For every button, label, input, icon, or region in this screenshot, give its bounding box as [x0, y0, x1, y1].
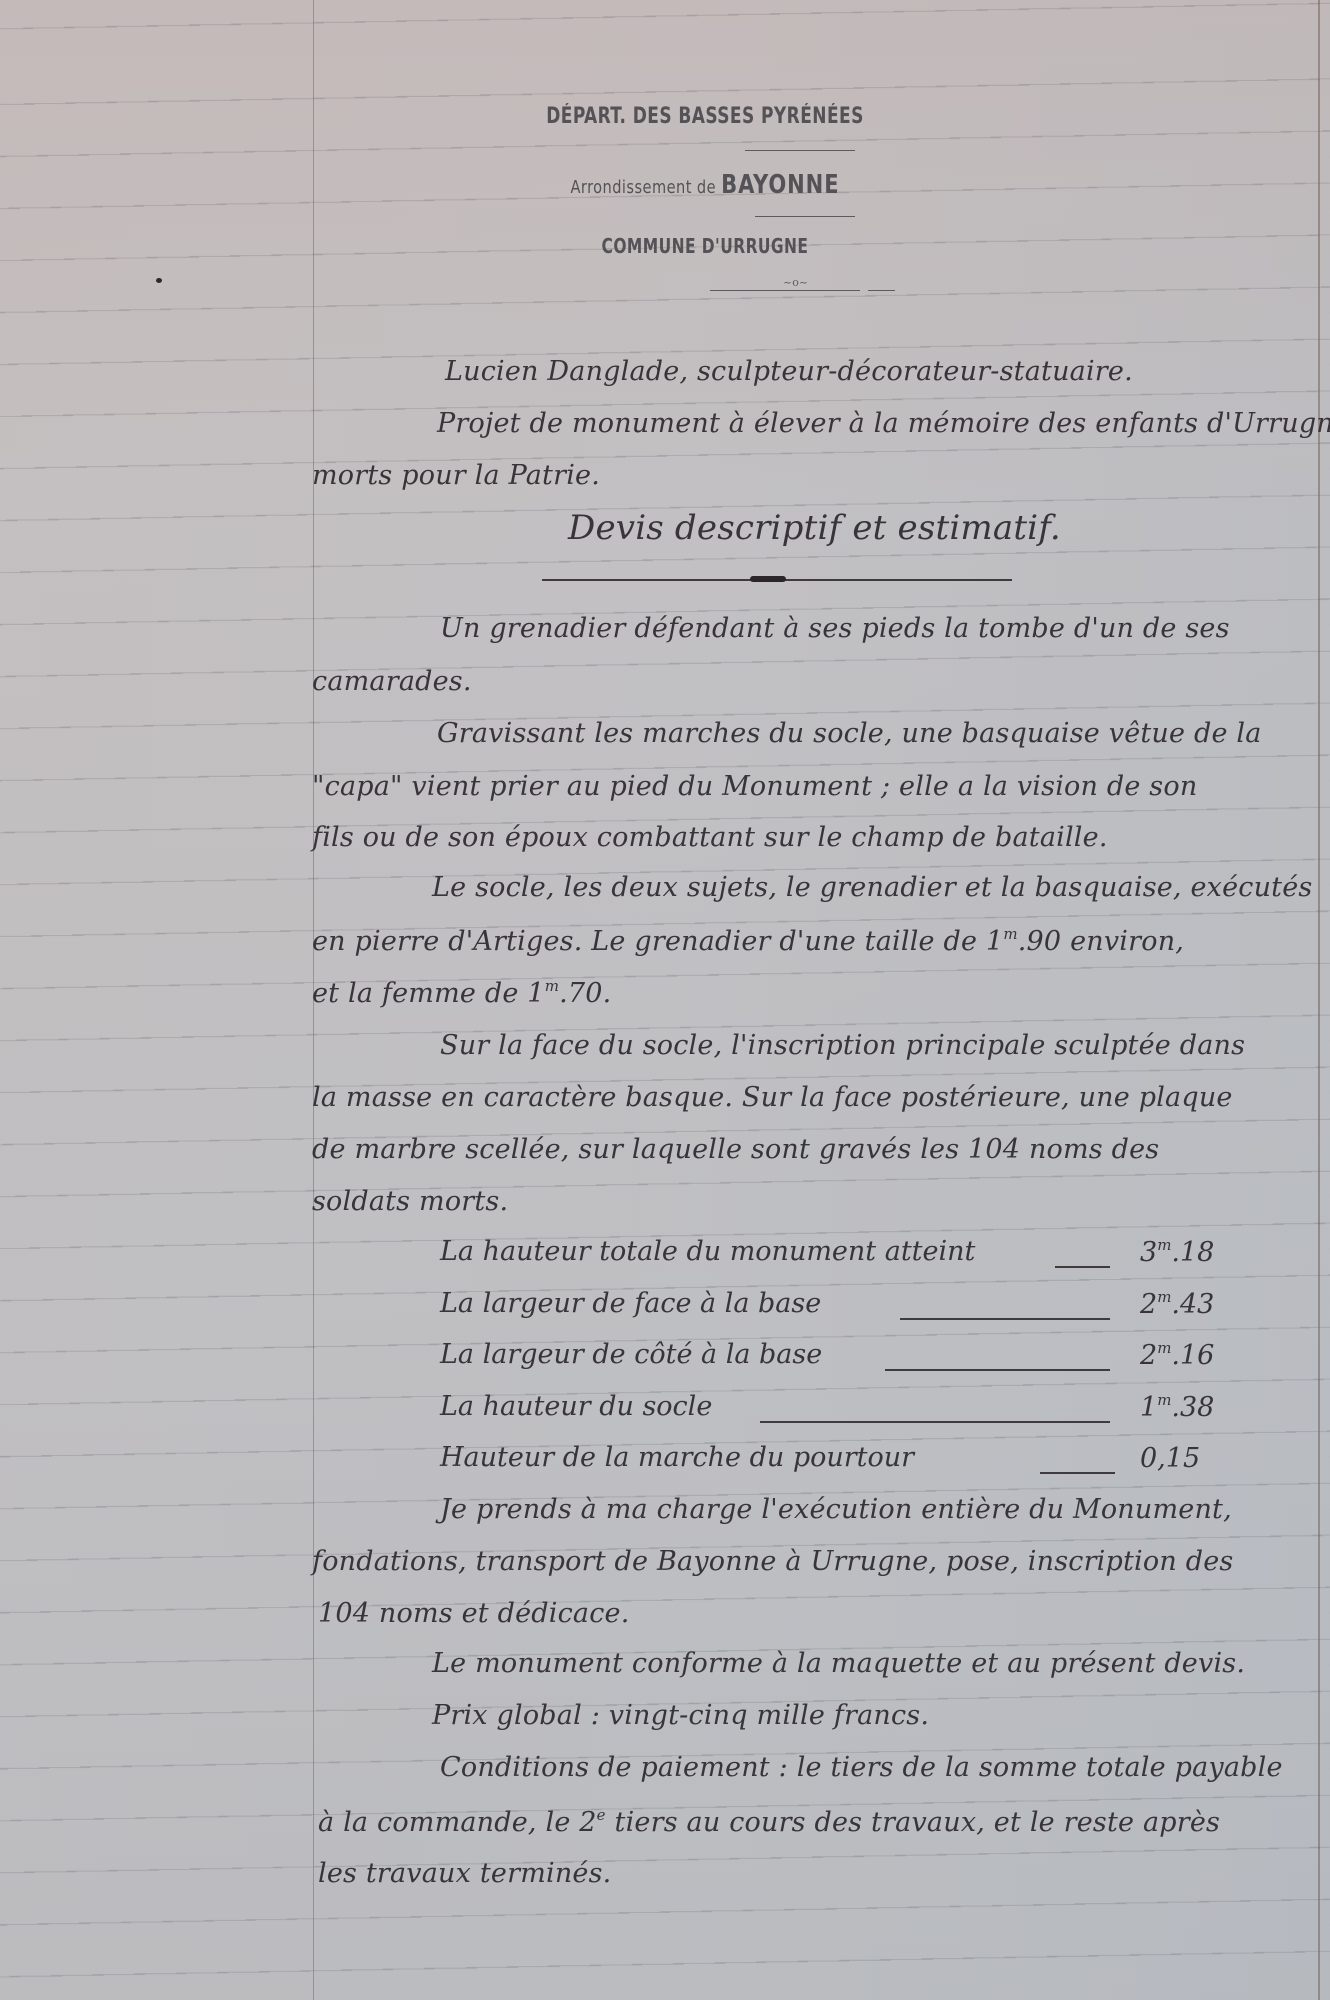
- stamp-arrondissement-name: BAYONNE: [721, 170, 839, 200]
- text-fragment: à la commande, le 2: [318, 1807, 597, 1838]
- dimension-label: La largeur de côté à la base: [440, 1339, 822, 1370]
- paragraph-line: soldats morts.: [312, 1186, 508, 1217]
- dimension-value: 2m.16: [1140, 1339, 1214, 1371]
- paragraph-line: la masse en caractère basque. Sur la fac…: [312, 1082, 1233, 1113]
- dimension-label: La hauteur totale du monument atteint: [440, 1236, 975, 1267]
- document-page: DÉPART. DES BASSES PYRÉNÉES Arrondisseme…: [0, 0, 1330, 2000]
- project-line-1: Projet de monument à élever à la mémoire…: [437, 408, 1330, 439]
- dimension-value: 0,15: [1140, 1442, 1200, 1474]
- stamp-department: DÉPART. DES BASSES PYRÉNÉES: [133, 104, 1277, 129]
- dimension-label: Hauteur de la marche du pourtour: [440, 1442, 914, 1473]
- text-fragment: tiers au cours des travaux, et le reste …: [606, 1807, 1220, 1838]
- paragraph-line: 104 noms et dédicace.: [318, 1598, 630, 1629]
- ink-speck: [156, 278, 162, 283]
- stamp-divider: [745, 150, 855, 151]
- paragraph-line: en pierre d'Artiges. Le grenadier d'une …: [312, 925, 1184, 957]
- paragraph-line: Je prends à ma charge l'exécution entièr…: [440, 1494, 1232, 1525]
- text-fragment: en pierre d'Artiges. Le grenadier d'une …: [312, 926, 1003, 957]
- leader-line: [885, 1369, 1110, 1371]
- paragraph-line: fondations, transport de Bayonne à Urrug…: [312, 1546, 1233, 1577]
- paragraph-line: à la commande, le 2e tiers au cours des …: [318, 1806, 1220, 1838]
- dimension-row: La largeur de côté à la base 2m.16: [440, 1339, 1230, 1379]
- document-title: Devis descriptif et estimatif.: [568, 508, 1061, 548]
- paragraph-line: Sur la face du socle, l'inscription prin…: [440, 1030, 1245, 1061]
- paragraph-line: Prix global : vingt-cinq mille francs.: [432, 1700, 929, 1731]
- ordinal-superscript: e: [597, 1806, 606, 1824]
- page-edge: [1318, 0, 1320, 2000]
- paragraph-line: "capa" vient prier au pied du Monument ;…: [312, 771, 1197, 802]
- dimension-row: Hauteur de la marche du pourtour 0,15: [440, 1442, 1230, 1482]
- paragraph-line: et la femme de 1m.70.: [312, 977, 611, 1009]
- leader-line: [1055, 1266, 1110, 1268]
- project-line-2: morts pour la Patrie.: [312, 460, 600, 491]
- stamp-commune: COMMUNE D'URRUGNE: [133, 234, 1277, 258]
- stamp-divider: [755, 216, 855, 217]
- dimension-label: La largeur de face à la base: [440, 1288, 821, 1319]
- stamp-arrondissement: Arrondissement de BAYONNE: [107, 170, 1304, 200]
- leader-line: [1040, 1472, 1115, 1474]
- leader-line: [900, 1318, 1110, 1320]
- unit-superscript: m: [545, 977, 559, 995]
- dimension-value: 2m.43: [1140, 1288, 1214, 1320]
- paragraph-line: les travaux terminés.: [318, 1858, 611, 1889]
- paragraph-line: Conditions de paiement : le tiers de la …: [440, 1752, 1283, 1783]
- stamp-arrondissement-prefix: Arrondissement de: [571, 177, 717, 198]
- leader-line: [760, 1421, 1110, 1423]
- author-line: Lucien Danglade, sculpteur-décorateur-st…: [445, 356, 1133, 387]
- dimension-row: La hauteur totale du monument atteint 3m…: [440, 1236, 1230, 1276]
- stamp-underline: [710, 290, 860, 291]
- dimension-value: 1m.38: [1140, 1391, 1214, 1423]
- dimension-row: La largeur de face à la base 2m.43: [440, 1288, 1230, 1328]
- dimension-row: La hauteur du socle 1m.38: [440, 1391, 1230, 1431]
- paragraph-line: fils ou de son époux combattant sur le c…: [312, 822, 1108, 853]
- paragraph-line: Gravissant les marches du socle, une bas…: [437, 718, 1262, 749]
- text-fragment: .70.: [559, 978, 611, 1009]
- stamp-underline: [868, 290, 895, 291]
- title-underline-mark: [750, 576, 786, 582]
- paragraph-line: camarades.: [312, 666, 472, 697]
- dimension-label: La hauteur du socle: [440, 1391, 712, 1422]
- unit-superscript: m: [1003, 925, 1017, 943]
- paragraph-line: Un grenadier défendant à ses pieds la to…: [440, 613, 1230, 644]
- dimension-value: 3m.18: [1140, 1236, 1214, 1268]
- text-fragment: et la femme de 1: [312, 978, 545, 1009]
- paragraph-line: de marbre scellée, sur laquelle sont gra…: [312, 1134, 1159, 1165]
- paragraph-line: Le monument conforme à la maquette et au…: [432, 1648, 1245, 1679]
- paragraph-line: Le socle, les deux sujets, le grenadier …: [432, 872, 1312, 903]
- text-fragment: .90 environ,: [1018, 926, 1184, 957]
- ornament-icon: ~o~: [783, 276, 808, 289]
